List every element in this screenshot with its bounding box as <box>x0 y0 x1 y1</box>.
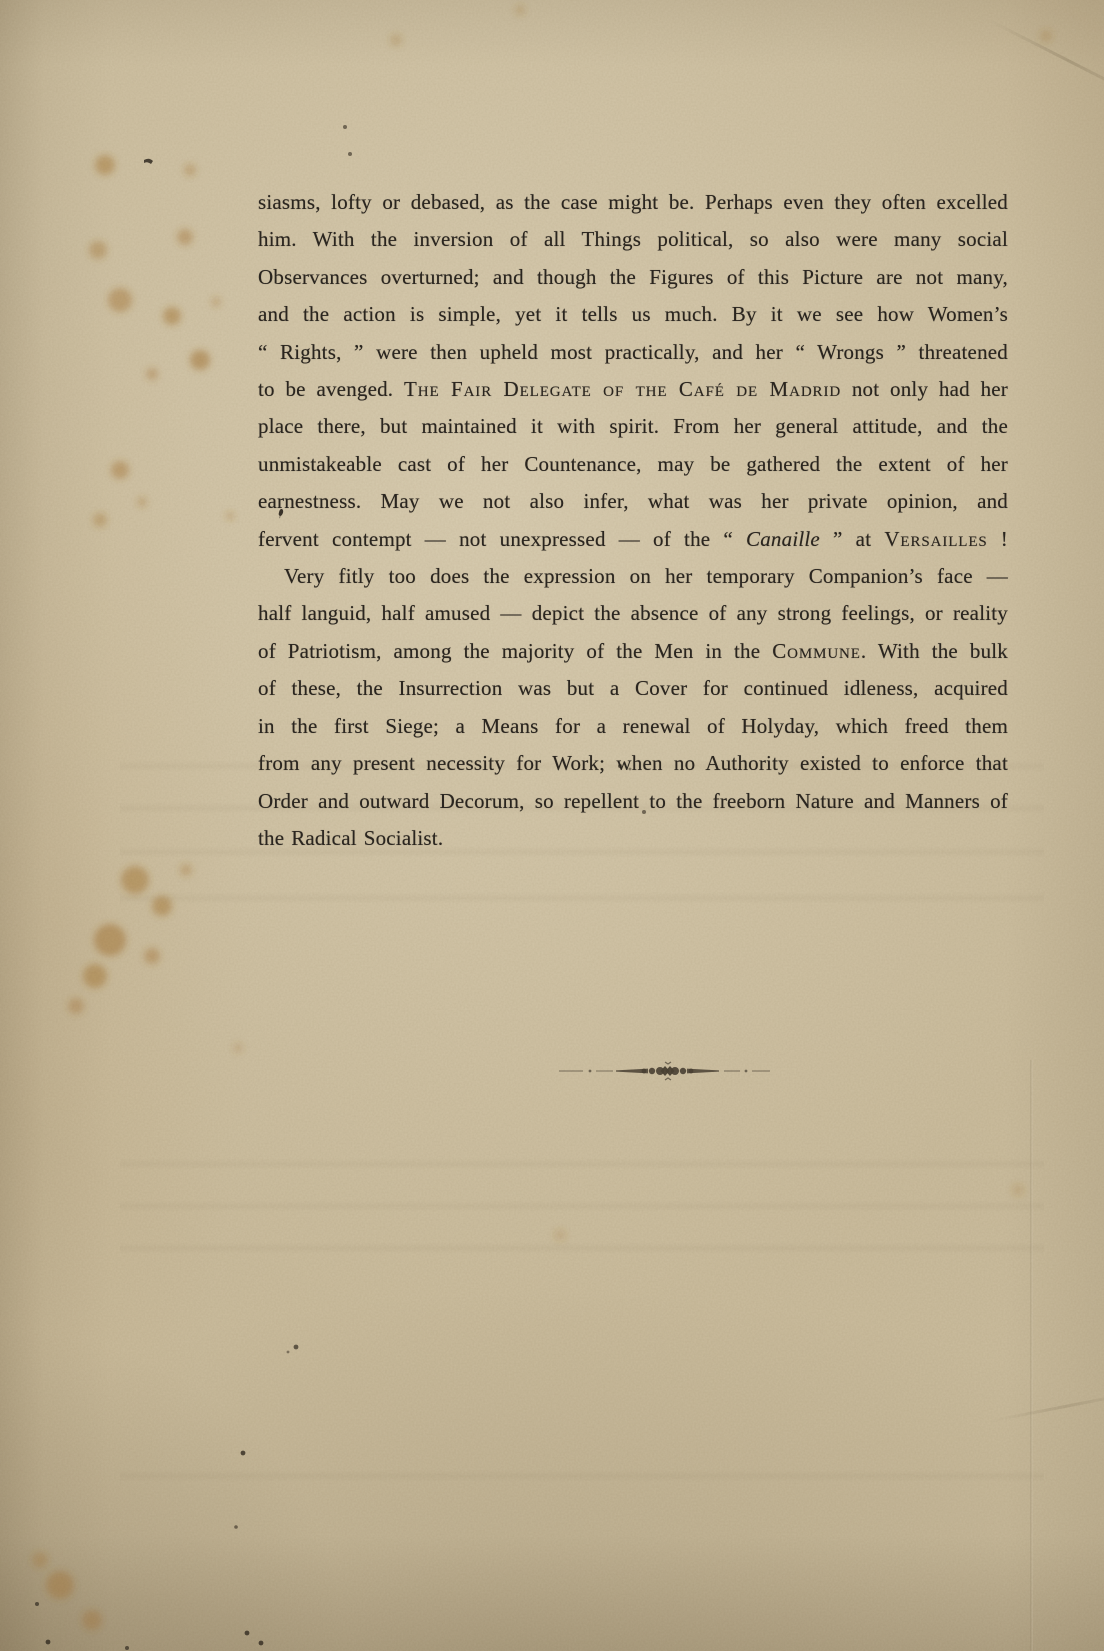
text-line: the Radical Socialist. <box>258 820 1008 857</box>
text-segment: fervent contempt — not unexpressed — of … <box>258 527 746 551</box>
text-line: from any present necessity for Work; whe… <box>258 745 1008 782</box>
text-line: unmistakeable cast of her Countenance, m… <box>258 446 1008 483</box>
text-line: “ Rights, ” were then upheld most practi… <box>258 334 1008 371</box>
text-segment: place there, but maintained it with spir… <box>258 414 1008 438</box>
smallcaps-text: Versailles <box>884 527 987 551</box>
italic-text: Canaille <box>746 527 820 551</box>
text-line: of these, the Insurrection was but a Cov… <box>258 670 1008 707</box>
paper-crease <box>991 1391 1104 1423</box>
text-segment: unmistakeable cast of her Countenance, m… <box>258 452 1008 476</box>
text-segment: of Patriotism, among the majority of the… <box>258 639 772 663</box>
paragraph: siasms, lofty or debased, as the case mi… <box>258 184 1008 558</box>
section-divider-ornament <box>556 1059 774 1083</box>
paper-crease <box>1030 1060 1033 1651</box>
ink-squiggle <box>144 159 153 164</box>
text-line: Very fitly too does the expression on he… <box>258 558 1008 595</box>
text-segment: ! <box>988 527 1008 551</box>
text-line: earnestness. May we not also infer, what… <box>258 483 1008 520</box>
smallcaps-text: The Fair Delegate of the Café de Madrid <box>404 377 841 401</box>
text-segment: from any present necessity for Work; whe… <box>258 751 1008 775</box>
show-through-streak <box>120 1158 1044 1170</box>
text-segment: siasms, lofty or debased, as the case mi… <box>258 190 1008 214</box>
text-segment: in the first Siege; a Means for a renewa… <box>258 714 1008 738</box>
smallcaps-text: Commune <box>772 639 861 663</box>
paragraph: Very fitly too does the expression on he… <box>258 558 1008 857</box>
text-line: Order and outward Decorum, so repellent … <box>258 783 1008 820</box>
text-line: siasms, lofty or debased, as the case mi… <box>258 184 1008 221</box>
text-segment: . With the bulk <box>861 639 1008 663</box>
show-through-streak <box>120 1200 1044 1212</box>
text-segment: half languid, half amused — depict the a… <box>258 601 1008 625</box>
text-line: him. With the inversion of all Things po… <box>258 221 1008 258</box>
text-segment: Order and outward Decorum, so repellent … <box>258 789 1008 813</box>
text-segment: Observances overturned; and though the F… <box>258 265 1008 289</box>
scanned-book-page: siasms, lofty or debased, as the case mi… <box>0 0 1104 1651</box>
text-line: fervent contempt — not unexpressed — of … <box>258 521 1008 558</box>
show-through-streak <box>120 892 1044 904</box>
text-line: and the action is simple, yet it tells u… <box>258 296 1008 333</box>
paper-crease <box>989 19 1104 103</box>
text-segment: of these, the Insurrection was but a Cov… <box>258 676 1008 700</box>
text-line: of Patriotism, among the majority of the… <box>258 633 1008 670</box>
text-segment: not only had her <box>841 377 1008 401</box>
text-line: to be avenged. The Fair Delegate of the … <box>258 371 1008 408</box>
text-line: half languid, half amused — depict the a… <box>258 595 1008 632</box>
show-through-streak <box>120 1470 1044 1482</box>
show-through-streak <box>120 1242 1044 1254</box>
text-line: in the first Siege; a Means for a renewa… <box>258 708 1008 745</box>
text-segment: “ Rights, ” were then upheld most practi… <box>258 340 1008 364</box>
body-text: siasms, lofty or debased, as the case mi… <box>258 184 1008 857</box>
text-line: place there, but maintained it with spir… <box>258 408 1008 445</box>
text-segment: to be avenged. <box>258 377 404 401</box>
text-line: Observances overturned; and though the F… <box>258 259 1008 296</box>
text-segment: ” at <box>820 527 884 551</box>
text-segment: earnestness. May we not also infer, what… <box>258 489 1008 513</box>
text-segment: and the action is simple, yet it tells u… <box>258 302 1008 326</box>
text-segment: Very fitly too does the expression on he… <box>284 564 1008 588</box>
text-segment: him. With the inversion of all Things po… <box>258 227 1008 251</box>
text-segment: the Radical Socialist. <box>258 826 443 850</box>
